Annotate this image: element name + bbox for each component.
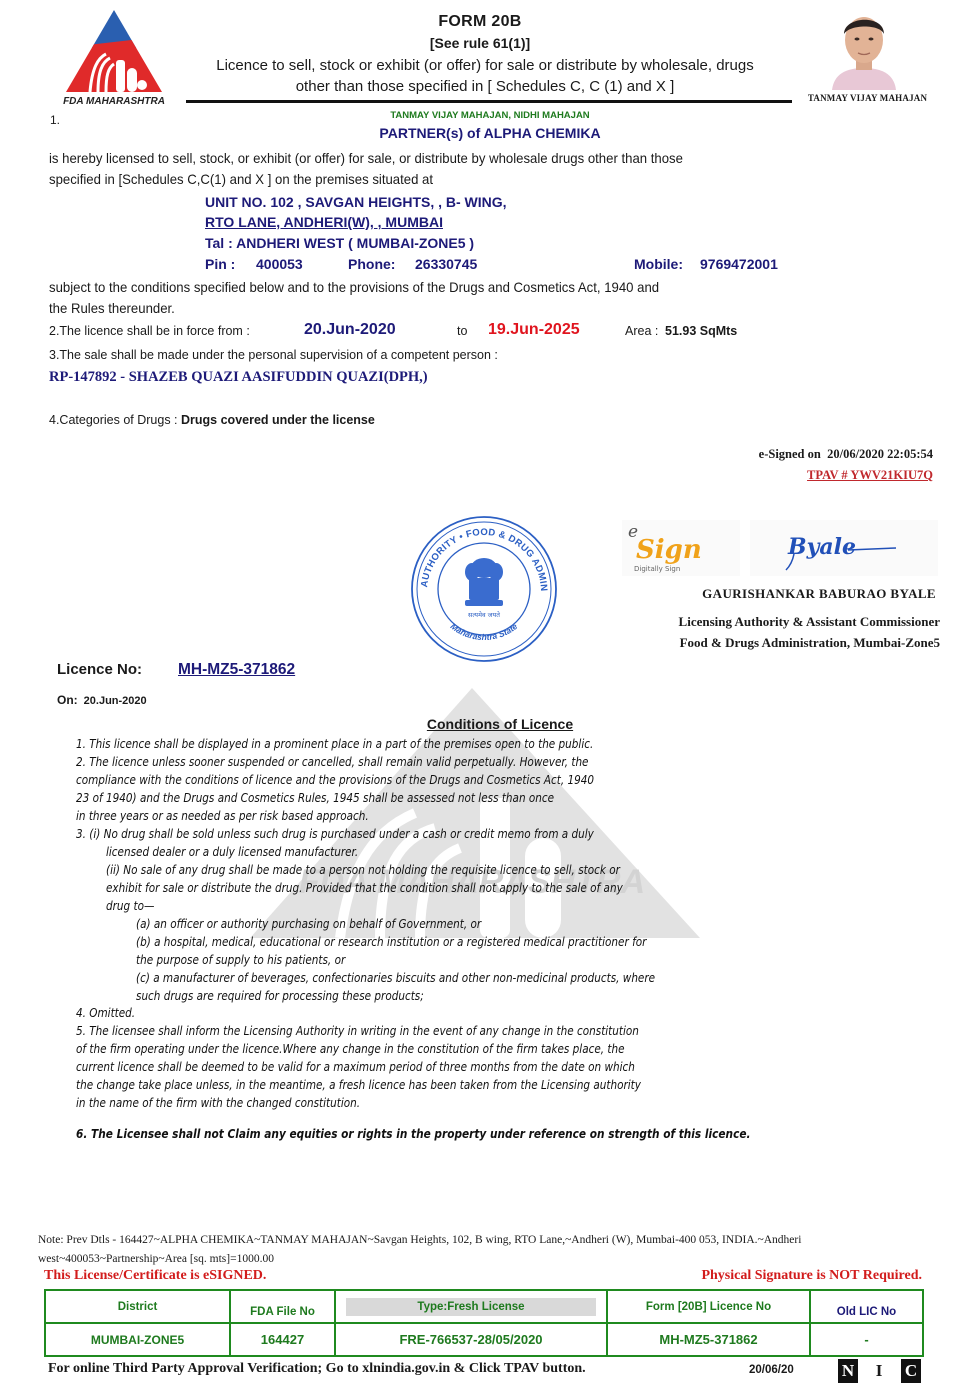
cell-type: FRE-766537-28/05/2020 [335,1323,607,1356]
svg-text:सत्यमेव जयते: सत्यमेव जयते [468,611,500,619]
cell-fda-file-no: 164427 [230,1323,335,1356]
header-fda-file-no: FDA File No [230,1290,335,1323]
cell-district: MUMBAI-ZONE5 [45,1323,230,1356]
condition-line: exhibit for sale or distribute the drug.… [106,881,623,895]
licence-intro: is hereby licensed to sell, stock, or ex… [49,148,763,190]
svg-text:FDA MAHARASHTRA: FDA MAHARASHTRA [63,96,165,107]
condition-line: in three years or as needed as per risk … [76,809,369,823]
licensee-photo [826,8,902,90]
description-line-2: other than those specified in [ Schedule… [185,76,785,97]
condition-line: 1. This licence shall be displayed in a … [76,737,593,751]
note-line-1: Note: Prev Dtls - 164427~ALPHA CHEMIKA~T… [38,1231,868,1250]
address-line-2: RTO LANE, ANDHERI(W), , MUMBAI [205,214,443,230]
description-line-1: Licence to sell, stock or exhibit (or of… [185,55,785,76]
categories-label: 4.Categories of Drugs : [49,413,181,427]
signatory-name: GAURISHANKAR BABURAO BYALE [702,586,936,602]
nic-logo-n: N [838,1359,858,1383]
address-taluka: Tal : ANDHERI WEST ( MUMBAI-ZONE5 ) [205,235,474,251]
licence-no-value[interactable]: MH-MZ5-371862 [178,661,295,679]
phone-label: Phone: [348,256,395,272]
valid-to-date: 19.Jun-2025 [488,321,580,339]
form-title: FORM 20B [180,13,780,31]
condition-final: 6. The Licensee shall not Claim any equi… [76,1127,751,1141]
subject-line-2: the Rules thereunder. [49,298,726,319]
photo-caption: TANMAY VIJAY MAHAJAN [800,93,935,103]
verification-instructions: For online Third Party Approval Verifica… [48,1361,586,1377]
validity-to-label: to [457,324,467,338]
competent-person: RP-147892 - SHAZEB QUAZI AASIFUDDIN QUAZ… [49,369,428,386]
condition-line: drug to— [106,899,154,913]
form-rule: [See rule 61(1)] [180,35,780,51]
signatory-title: Licensing Authority & Assistant Commissi… [679,614,940,630]
nic-logo-c: C [901,1359,921,1383]
conditions-title: Conditions of Licence [300,716,700,732]
condition-line: (c) a manufacturer of beverages, confect… [136,971,655,985]
condition-line: 3. (i) No drug shall be sold unless such… [76,827,594,841]
svg-text:Byale: Byale [787,534,856,560]
pin-label: Pin : [205,256,235,272]
tpav-link[interactable]: TPAV # YWV21KIU7Q [807,468,933,483]
header-licence-no: Form [20B] Licence No [607,1290,810,1323]
esigned-label: e-Signed on [759,447,821,461]
condition-line: 23 of 1940) and the Drugs and Cosmetics … [76,791,554,805]
signatory-office: Food & Drugs Administration, Mumbai-Zone… [680,635,940,651]
header-divider [186,100,792,103]
condition-line: the purpose of supply to his patients, o… [136,953,345,967]
condition-line: (a) an officer or authority purchasing o… [136,917,481,931]
condition-line: in the name of the firm with the changed… [76,1096,360,1110]
condition-line: (b) a hospital, medical, educational or … [136,935,646,949]
drug-categories: 4.Categories of Drugs : Drugs covered un… [49,413,375,427]
mobile-value: 9769472001 [700,256,778,272]
condition-line: (ii) No sale of any drug shall be made t… [106,863,620,877]
esigned-banner: This License/Certificate is eSIGNED. [44,1268,266,1284]
handwritten-signature: Byale [750,520,938,576]
categories-value: Drugs covered under the license [181,413,375,427]
header-district: District [45,1290,230,1323]
cell-old-lic-no: - [810,1323,923,1356]
item-number: 1. [50,113,60,127]
firm-name: PARTNER(s) of ALPHA CHEMIKA [180,125,800,141]
condition-line: such drugs are required for processing t… [136,989,424,1003]
condition-line: 2. The licence unless sooner suspended o… [76,755,588,769]
issue-date-label: On: [57,693,78,707]
condition-line: of the firm operating under the licence.… [76,1042,625,1056]
table-header-row: District FDA File No Type:Fresh License … [45,1290,923,1323]
supervision-label: 3.The sale shall be made under the perso… [49,348,498,362]
address-line-1: UNIT NO. 102 , SAVGAN HEIGHTS, , B- WING… [205,194,507,210]
table-row: MUMBAI-ZONE5 164427 FRE-766537-28/05/202… [45,1323,923,1356]
header-type: Type:Fresh License [335,1290,607,1323]
validity-line: 2.The licence shall be in force from : 2… [49,321,769,343]
svg-text:Maharashtra State: Maharashtra State [449,621,520,642]
intro-line-1: is hereby licensed to sell, stock, or ex… [49,148,763,169]
valid-from-date: 20.Jun-2020 [304,321,396,339]
condition-line: the change take place unless, in the mea… [76,1078,641,1092]
form-description: Licence to sell, stock or exhibit (or of… [185,55,785,97]
issue-date: On:20.Jun-2020 [57,693,147,707]
fda-maharashtra-logo: FDA MAHARASHTRA [62,8,166,108]
partner-names: TANMAY VIJAY MAHAJAN, NIDHI MAHAJAN [180,110,800,121]
note-line-2: west~400053~Partnership~Area [sq. mts]=1… [38,1250,868,1269]
condition-line: compliance with the conditions of licenc… [76,773,594,787]
area-label: Area : [625,324,658,338]
subject-clause: subject to the conditions specified belo… [49,277,726,319]
validity-label: 2.The licence shall be in force from : [49,324,250,338]
condition-line: 5. The licensee shall inform the Licensi… [76,1024,639,1038]
subject-line-1: subject to the conditions specified belo… [49,277,726,298]
cell-licence-no: MH-MZ5-371862 [607,1323,810,1356]
mobile-label: Mobile: [634,256,683,272]
svg-text:Sign: Sign [636,535,702,565]
esign-logo: e eSign Sign Digitally Sign [622,520,740,576]
esigned-timestamp: e-Signed on 20/06/2020 22:05:54 [759,447,933,462]
issue-date-value: 20.Jun-2020 [84,695,147,707]
licence-summary-table: District FDA File No Type:Fresh License … [44,1289,924,1357]
svg-text:Digitally Sign: Digitally Sign [634,565,680,573]
fda-seal-stamp: LICENSING AUTHORITY • FOOD & DRUG ADMINI… [403,516,565,662]
previous-details-note: Note: Prev Dtls - 164427~ALPHA CHEMIKA~T… [38,1231,868,1269]
condition-line: 4. Omitted. [76,1006,135,1020]
header-old-lic-no: Old LIC No [810,1290,923,1323]
area-value: 51.93 SqMts [665,324,737,338]
esigned-datetime: 20/06/2020 22:05:54 [827,447,933,461]
licence-no-label: Licence No: [57,661,142,678]
nic-logo-i: I [869,1359,889,1383]
condition-line: current licence shall be deemed to be va… [76,1060,635,1074]
condition-line: licensed dealer or a duly licensed manuf… [106,845,358,859]
phone-value: 26330745 [415,256,477,272]
physical-signature-banner: Physical Signature is NOT Required. [701,1268,922,1284]
intro-line-2: specified in [Schedules C,C(1) and X ] o… [49,169,763,190]
type-badge: Type:Fresh License [346,1298,596,1316]
pin-value: 400053 [256,256,303,272]
footer-date: 20/06/20 [749,1364,794,1376]
